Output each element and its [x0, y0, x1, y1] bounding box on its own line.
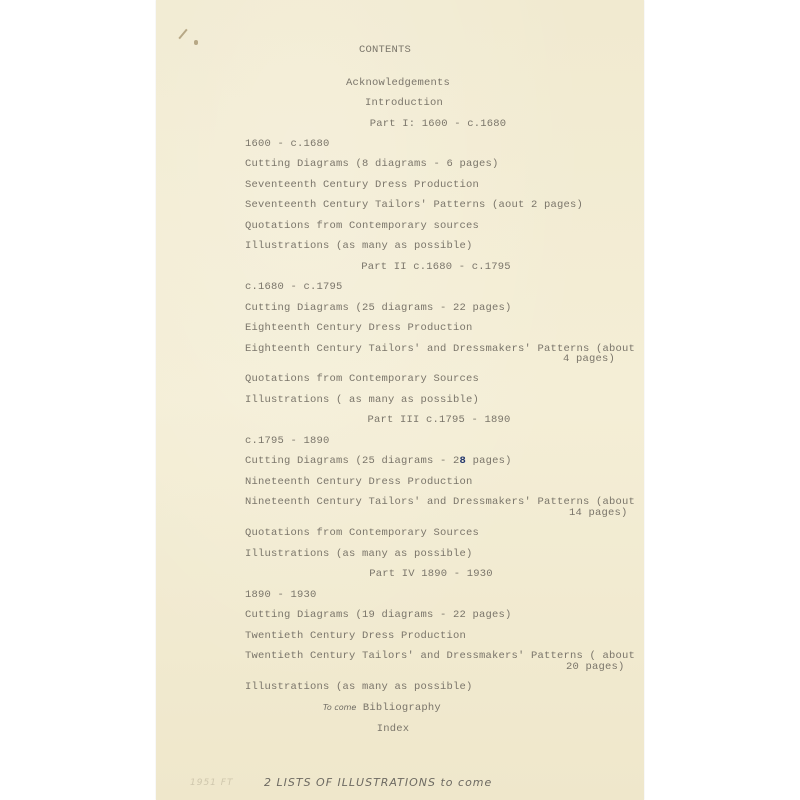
toc-introduction: Introduction: [365, 97, 443, 109]
toc-item: Cutting Diagrams (8 diagrams - 6 pages): [245, 158, 499, 170]
page-title: CONTENTS: [359, 44, 411, 56]
toc-item: Seventeenth Century Dress Production: [245, 179, 479, 191]
toc-acknowledgements: Acknowledgements: [346, 77, 450, 89]
toc-item: c.1680 - c.1795: [245, 281, 343, 293]
toc-item: Quotations from Contemporary Sources: [245, 373, 479, 385]
toc-item: Seventeenth Century Tailors' Patterns (a…: [245, 199, 583, 211]
toc-item: Illustrations (as many as possible): [245, 548, 473, 560]
part-heading: Part II c.1680 - c.1795: [361, 261, 511, 273]
bibliography-label: Bibliography: [363, 702, 441, 714]
toc-item: 1890 - 1930: [245, 589, 317, 601]
toc-item: 1600 - c.1680: [245, 138, 330, 150]
toc-item-continuation: 14 pages): [569, 507, 628, 519]
toc-item: Illustrations (as many as possible): [245, 240, 473, 252]
toc-item: c.1795 - 1890: [245, 435, 330, 447]
part-heading: Part IV 1890 - 1930: [369, 568, 493, 580]
typed-text: pages): [466, 455, 512, 467]
toc-item-continuation: 20 pages): [566, 661, 625, 673]
toc-item: Illustrations ( as many as possible): [245, 394, 479, 406]
toc-index: Index: [377, 723, 410, 735]
toc-item-continuation: 4 pages): [563, 353, 615, 365]
part-heading: Part I: 1600 - c.1680: [370, 118, 507, 130]
toc-bibliography: To come Bibliography: [323, 702, 441, 714]
pencil-mark: [194, 40, 198, 45]
faint-mark: 1951 FT: [190, 778, 233, 788]
toc-item: Quotations from Contemporary Sources: [245, 527, 479, 539]
handwritten-note: 2 LISTS OF ILLUSTRATIONS to come: [264, 776, 492, 789]
typed-text: Cutting Diagrams (25 diagrams - 2: [245, 455, 460, 467]
pencil-mark: [178, 29, 187, 39]
toc-item: Quotations from Contemporary sources: [245, 220, 479, 232]
toc-item: Cutting Diagrams (25 diagrams - 22 pages…: [245, 302, 512, 314]
toc-item-cutting-diagrams: Cutting Diagrams (25 diagrams - 28 pages…: [245, 455, 512, 467]
toc-item: Cutting Diagrams (19 diagrams - 22 pages…: [245, 609, 512, 621]
toc-item: Twentieth Century Dress Production: [245, 630, 466, 642]
handwritten-annotation: To come: [323, 703, 356, 712]
toc-item: Eighteenth Century Dress Production: [245, 322, 473, 334]
part-heading: Part III c.1795 - 1890: [367, 414, 510, 426]
toc-item: Nineteenth Century Dress Production: [245, 476, 473, 488]
toc-item: Illustrations (as many as possible): [245, 681, 473, 693]
